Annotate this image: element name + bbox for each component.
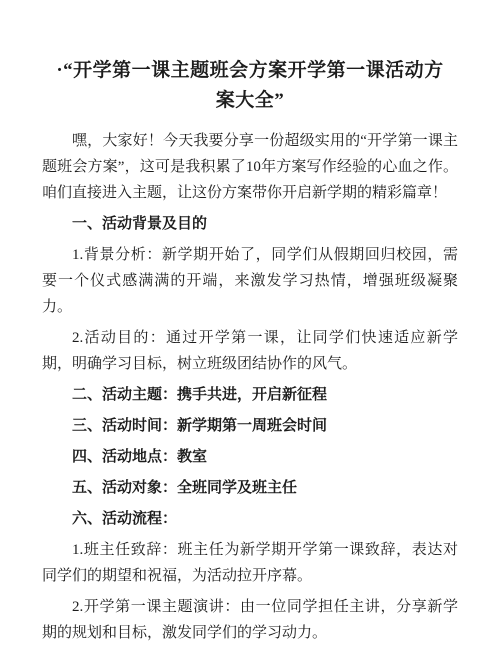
document-title: ·“开学第一课主题班会方案开学第一课活动方案大全” [50, 56, 450, 116]
section-6-paragraph-teacher-speech: 1.班主任致辞：班主任为新学期开学第一课致辞，表达对同学们的期望和祝福，为活动拉… [42, 537, 458, 589]
section-6-paragraph-student-speech: 2.开学第一课主题演讲：由一位同学担任主讲，分享新学期的规划和目标，激发同学们的… [42, 594, 458, 646]
section-5-heading-participants: 五、活动对象：全班同学及班主任 [42, 475, 458, 501]
section-3-heading-time: 三、活动时间：新学期第一周班会时间 [42, 413, 458, 439]
section-1-paragraph-purpose: 2.活动目的：通过开学第一课，让同学们快速适应新学期，明确学习目标，树立班级团结… [42, 325, 458, 377]
intro-paragraph: 嘿，大家好！今天我要分享一份超级实用的“开学第一课主题班会方案”，这可是我积累了… [42, 128, 458, 206]
section-1-paragraph-background: 1.背景分析：新学期开始了，同学们从假期回归校园，需要一个仪式感满满的开端，来激… [42, 242, 458, 320]
section-1-heading: 一、活动背景及目的 [42, 211, 458, 237]
section-4-heading-place: 四、活动地点：教室 [42, 444, 458, 470]
document-page: ·“开学第一课主题班会方案开学第一课活动方案大全” 嘿，大家好！今天我要分享一份… [0, 0, 500, 647]
section-2-heading-theme: 二、活动主题：携手共进，开启新征程 [42, 382, 458, 408]
section-6-heading-process: 六、活动流程： [42, 506, 458, 532]
